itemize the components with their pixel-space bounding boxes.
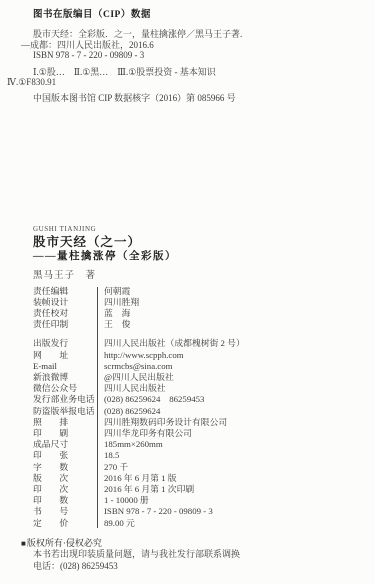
colophon-value: 四川胜翔 — [90, 297, 139, 308]
colophon-value: ISBN 978 - 7 - 220 - 09809 - 3 — [90, 506, 213, 517]
colophon-table: 责任编辑何朝霞装帧设计四川胜翔责任校对蓝 海责任印制王 俊出版发行四川人民出版社… — [33, 286, 361, 529]
colophon-row: 成品尺寸185mm×260mm — [33, 439, 361, 450]
colophon-label: 版 次 — [33, 473, 90, 484]
colophon-row: 照 排四川胜翔数码印务设计有限公司 — [33, 417, 361, 428]
colophon-value: 四川华龙印务有限公司 — [90, 428, 192, 439]
colophon-label: 责任编辑 — [33, 286, 90, 297]
colophon-row: 印 次2016 年 6 月第 1 次印刷 — [33, 484, 361, 495]
colophon-value: (028) 86259624 — [90, 406, 160, 417]
colophon-value: 1 - 10000 册 — [90, 495, 149, 506]
book-title: 股市天经（之一） — [33, 235, 361, 250]
colophon-label: 印 次 — [33, 484, 90, 495]
colophon-value: 2016 年 6 月第 1 版 — [90, 473, 177, 484]
colophon-value: 王 俊 — [90, 319, 130, 330]
colophon-value: @四川人民出版社 — [90, 372, 174, 383]
colophon-value: 四川胜翔数码印务设计有限公司 — [90, 417, 227, 428]
cip-heading: 图书在版编目（CIP）数据 — [33, 9, 361, 21]
colophon-row: E-mailscrmcbs@sina.com — [33, 361, 361, 372]
book-copyright-page: 图书在版编目（CIP）数据 股市天经：全彩版．之一，量柱擒涨停／黑马王子著. —… — [0, 0, 375, 584]
colophon-label: 发行部业务电话 — [33, 394, 90, 405]
colophon-row: 防盗版举报电话(028) 86259624 — [33, 406, 361, 417]
colophon-label: 防盗版举报电话 — [33, 406, 90, 417]
colophon-label: 印 张 — [33, 450, 90, 461]
colophon-label: 书 号 — [33, 506, 90, 517]
colophon-label: 责任校对 — [33, 308, 90, 319]
colophon-value: scrmcbs@sina.com — [90, 361, 172, 372]
cip-classification-line2: Ⅳ.①F830.91 — [7, 77, 361, 88]
colophon-label: 字 数 — [33, 462, 90, 473]
colophon-value: 四川人民出版社 — [90, 383, 166, 394]
colophon-row: 网 址http://www.scpph.com — [33, 350, 361, 361]
colophon-value: (028) 86259624 86259453 — [90, 394, 204, 405]
colophon-row: 印 刷四川华龙印务有限公司 — [33, 428, 361, 439]
colophon-value: http://www.scpph.com — [90, 350, 184, 361]
cip-block: 图书在版编目（CIP）数据 股市天经：全彩版．之一，量柱擒涨停／黑马王子著. —… — [33, 9, 361, 104]
colophon-label: E-mail — [33, 361, 90, 372]
colophon-row: 印 数1 - 10000 册 — [33, 495, 361, 506]
colophon-row: 字 数270 千 — [33, 462, 361, 473]
title-block: GUSHI TIANJING 股市天经（之一） ——量柱擒涨停（全彩版） 黑马王… — [33, 225, 361, 282]
notice-line2: 本书若出现印装质量问题，请与我社发行部联系调换 — [21, 549, 361, 561]
book-author: 黑马王子 著 — [33, 270, 361, 282]
colophon-label: 定 价 — [33, 518, 90, 529]
colophon-row: 版 次2016 年 6 月第 1 版 — [33, 473, 361, 484]
colophon-value: 89.00 元 — [90, 518, 135, 529]
colophon-value: 蓝 海 — [90, 308, 130, 319]
colophon-row: 装帧设计四川胜翔 — [33, 297, 361, 308]
colophon-value: 四川人民出版社（成都槐树街 2 号） — [90, 338, 245, 349]
notice-line1: 版权所有·侵权必究 — [27, 538, 102, 550]
colophon-row: 定 价89.00 元 — [33, 518, 361, 529]
colophon-label: 装帧设计 — [33, 297, 90, 308]
colophon-value: 18.5 — [90, 450, 119, 461]
colophon-label: 成品尺寸 — [33, 439, 90, 450]
colophon-row: 印 张18.5 — [33, 450, 361, 461]
colophon-label: 印 数 — [33, 495, 90, 506]
colophon-label: 微信公众号 — [33, 383, 90, 394]
cip-description-line2: —成都：四川人民出版社，2016.6 — [21, 40, 361, 51]
square-bullet-icon: ■ — [21, 538, 26, 550]
colophon-row: 新浪微博@四川人民出版社 — [33, 372, 361, 383]
colophon-value: 185mm×260mm — [90, 439, 163, 450]
colophon-label: 新浪微博 — [33, 372, 90, 383]
colophon-label: 责任印制 — [33, 319, 90, 330]
cip-classification-line1: Ⅰ.①股… Ⅱ.①黑… Ⅲ.①股票投资 - 基本知识 — [33, 67, 361, 78]
copyright-notice: ■ 版权所有·侵权必究 本书若出现印装质量问题，请与我社发行部联系调换 电话：(… — [21, 538, 361, 573]
colophon-row: 书 号ISBN 978 - 7 - 220 - 09809 - 3 — [33, 506, 361, 517]
colophon-value: 何朝霞 — [90, 286, 130, 297]
colophon-row: 责任编辑何朝霞 — [33, 286, 361, 297]
colophon-row: 微信公众号四川人民出版社 — [33, 383, 361, 394]
colophon-row: 责任印制王 俊 — [33, 319, 361, 330]
book-subtitle: ——量柱擒涨停（全彩版） — [33, 250, 361, 264]
colophon-label: 印 刷 — [33, 428, 90, 439]
colophon-value: 270 千 — [90, 462, 128, 473]
cip-description-line1: 股市天经：全彩版．之一，量柱擒涨停／黑马王子著. — [33, 29, 361, 40]
colophon-value: 2016 年 6 月第 1 次印刷 — [90, 484, 194, 495]
colophon-label: 网 址 — [33, 350, 90, 361]
colophon-row: 责任校对蓝 海 — [33, 308, 361, 319]
notice-line3: 电话：(028) 86259453 — [21, 561, 361, 573]
colophon-row: 出版发行四川人民出版社（成都槐树街 2 号） — [33, 338, 361, 349]
cip-record-number: 中国版本图书馆 CIP 数据核字（2016）第 085966 号 — [33, 93, 361, 104]
colophon-row: 发行部业务电话(028) 86259624 86259453 — [33, 394, 361, 405]
colophon-label: 出版发行 — [33, 338, 90, 349]
romanized-title: GUSHI TIANJING — [33, 225, 361, 233]
cip-isbn-line: ISBN 978 - 7 - 220 - 09809 - 3 — [33, 50, 361, 61]
colophon-label: 照 排 — [33, 417, 90, 428]
